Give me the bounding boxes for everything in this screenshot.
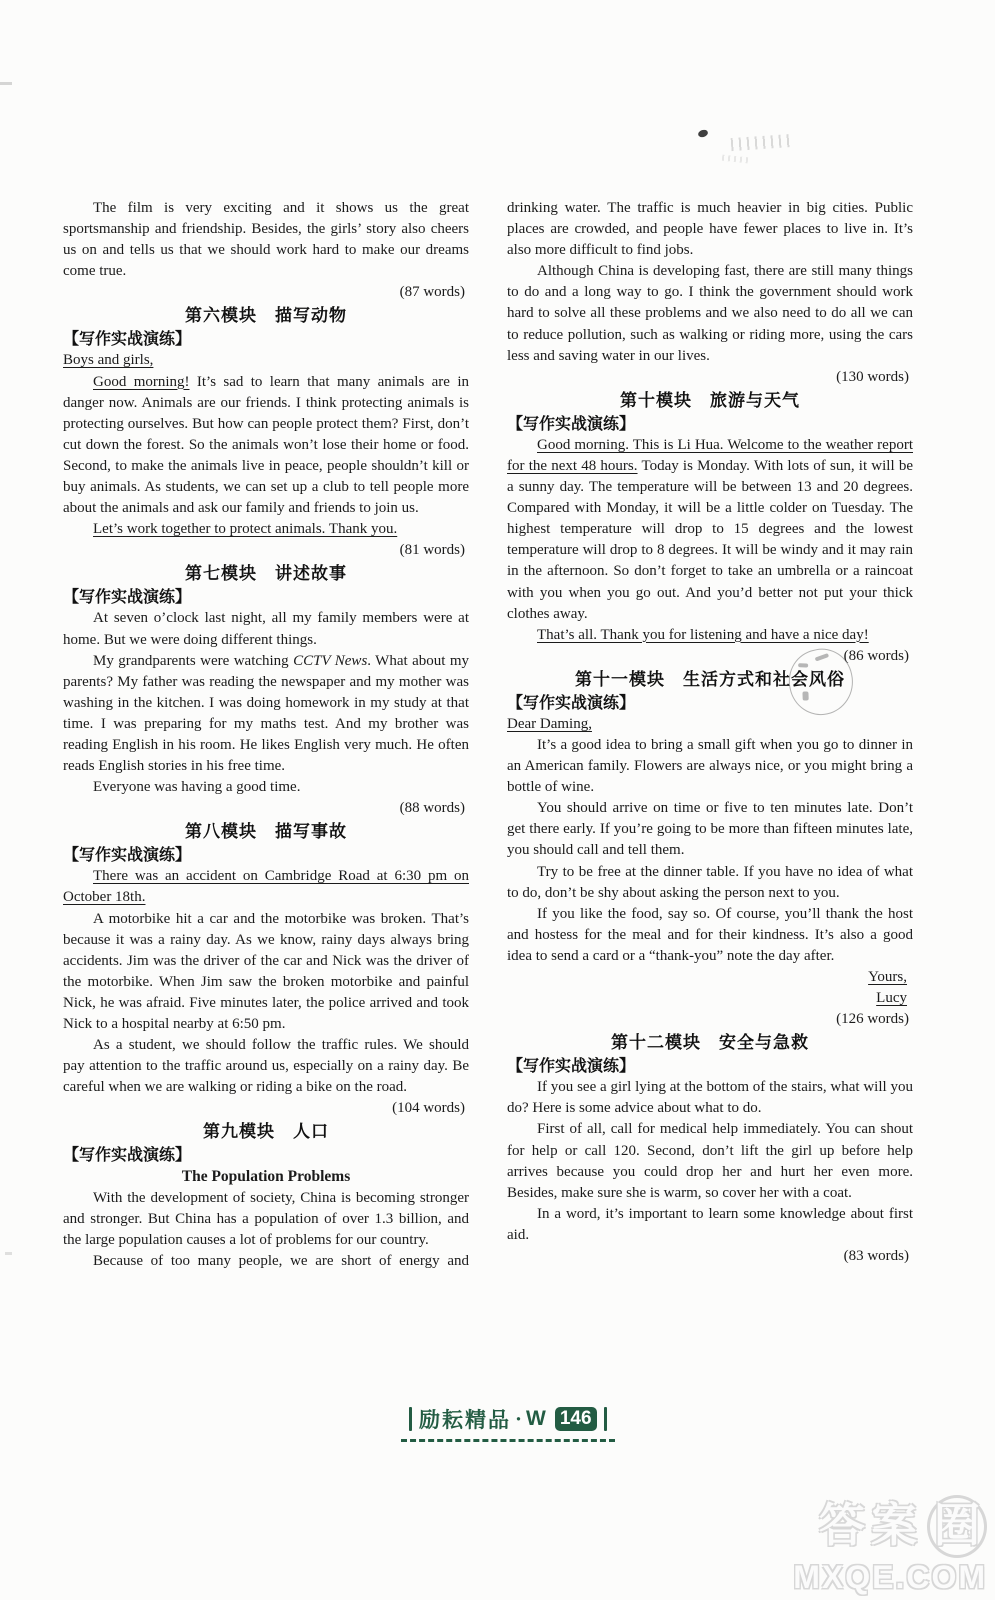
- essay-paragraph: You should arrive on time or five to ten…: [507, 798, 913, 861]
- essay-paragraph: A motorbike hit a car and the motorbike …: [63, 909, 469, 1036]
- essay-paragraph: As a student, we should follow the traff…: [63, 1035, 469, 1098]
- essay-paragraph: In a word, it’s important to learn some …: [507, 1204, 913, 1246]
- text-segment: First of all, call for medical help imme…: [507, 1121, 913, 1200]
- word-count: (88 words): [63, 798, 469, 819]
- scan-pencil-scratch-small: [722, 155, 748, 164]
- word-count: (104 words): [63, 1098, 469, 1119]
- essay-paragraph: Because of too many people, we are short…: [63, 1251, 469, 1272]
- text-segment: Although China is developing fast, there…: [507, 263, 913, 363]
- text-segment: Yours,: [868, 969, 907, 985]
- practice-drill-label: 【写作实战演练】: [63, 329, 469, 350]
- word-count: (83 words): [507, 1246, 913, 1267]
- essay-paragraph: Let’s work together to protect animals. …: [63, 519, 469, 540]
- watermark-site-text: MXQE.COM: [793, 1558, 987, 1596]
- watermark: 答案圈 MXQE.COM: [793, 1495, 987, 1596]
- text-segment: In a word, it’s important to learn some …: [507, 1206, 913, 1243]
- essay-paragraph: If you see a girl lying at the bottom of…: [507, 1077, 913, 1119]
- practice-drill-label: 【写作实战演练】: [63, 1145, 469, 1166]
- watermark-logo-text: 答案圈: [793, 1495, 987, 1558]
- essay-paragraph: That’s all. Thank you for listening and …: [507, 625, 913, 646]
- letter-signoff: Lucy: [507, 988, 913, 1009]
- text-segment: drinking water. The traffic is much heav…: [507, 200, 913, 258]
- text-segment: . What about my parents? My father was r…: [63, 653, 469, 774]
- module-heading: 第十二模块 安全与急救: [507, 1031, 913, 1055]
- footer-brand-text: 励耘精品: [419, 1404, 511, 1434]
- word-count: (81 words): [63, 540, 469, 561]
- letter-salutation: Dear Daming,: [507, 714, 913, 735]
- text-segment: Everyone was having a good time.: [93, 779, 300, 795]
- right-column: drinking water. The traffic is much heav…: [507, 198, 913, 1267]
- essay-title: The Population Problems: [63, 1166, 469, 1187]
- text-segment: A motorbike hit a car and the motorbike …: [63, 911, 469, 1032]
- practice-drill-label: 【写作实战演练】: [507, 1056, 913, 1077]
- footer-separator-dot: ·: [515, 1407, 522, 1432]
- word-count: (130 words): [507, 367, 913, 388]
- module-heading: 第十模块 旅游与天气: [507, 389, 913, 413]
- essay-paragraph: Good morning! It’s sad to learn that man…: [63, 372, 469, 520]
- word-count: (126 words): [507, 1009, 913, 1030]
- text-segment: That’s all. Thank you for listening and …: [537, 627, 869, 643]
- text-segment: The film is very exciting and it shows u…: [63, 200, 469, 279]
- text-segment: Because of too many people, we are short…: [93, 1253, 469, 1269]
- text-segment: If you see a girl lying at the bottom of…: [507, 1079, 913, 1116]
- left-column: The film is very exciting and it shows u…: [63, 198, 469, 1272]
- watermark-circled-char: 圈: [927, 1495, 987, 1558]
- essay-paragraph: The film is very exciting and it shows u…: [63, 198, 469, 282]
- text-segment: At seven o’clock last night, all my fami…: [63, 610, 469, 647]
- essay-paragraph: With the development of society, China i…: [63, 1188, 469, 1251]
- essay-paragraph: Good morning. This is Li Hua. Welcome to…: [507, 435, 913, 625]
- module-heading: 第九模块 人口: [63, 1120, 469, 1144]
- essay-paragraph: drinking water. The traffic is much heav…: [507, 198, 913, 261]
- essay-paragraph: First of all, call for medical help imme…: [507, 1119, 913, 1203]
- text-segment: My grandparents were watching: [93, 653, 293, 669]
- text-segment: It’s sad to learn that many animals are …: [63, 374, 469, 517]
- essay-paragraph: At seven o’clock last night, all my fami…: [63, 608, 469, 650]
- scan-pencil-scratch: [731, 134, 794, 151]
- essay-paragraph: My grandparents were watching CCTV News.…: [63, 651, 469, 778]
- essay-paragraph: If you like the food, say so. Of course,…: [507, 904, 913, 967]
- practice-drill-label: 【写作实战演练】: [507, 693, 913, 714]
- text-segment: CCTV News: [293, 653, 367, 669]
- text-segment: Lucy: [876, 990, 907, 1006]
- watermark-text: 答案: [819, 1499, 923, 1551]
- footer-left-bar: [409, 1407, 412, 1431]
- essay-paragraph: Although China is developing fast, there…: [507, 261, 913, 366]
- module-heading: 第八模块 描写事故: [63, 820, 469, 844]
- module-heading: 第十一模块 生活方式和社会风俗: [507, 668, 913, 692]
- word-count: (86 words): [507, 646, 913, 667]
- practice-drill-label: 【写作实战演练】: [507, 414, 913, 435]
- text-segment: You should arrive on time or five to ten…: [507, 800, 913, 858]
- text-segment: If you like the food, say so. Of course,…: [507, 906, 913, 964]
- letter-signoff: Yours,: [507, 967, 913, 988]
- text-segment: It’s a good idea to bring a small gift w…: [507, 737, 913, 795]
- page-footer-badge: 励耘精品 · W 146: [401, 1402, 615, 1442]
- letter-salutation: Boys and girls,: [63, 350, 469, 371]
- scan-edge-mark-bottom: [5, 1252, 12, 1255]
- scanned-page: The film is very exciting and it shows u…: [0, 0, 995, 1600]
- essay-paragraph: There was an accident on Cambridge Road …: [63, 866, 469, 908]
- footer-series-letter: W: [526, 1407, 548, 1431]
- text-segment: Try to be free at the dinner table. If y…: [507, 864, 913, 901]
- text-segment: With the development of society, China i…: [63, 1190, 469, 1248]
- practice-drill-label: 【写作实战演练】: [63, 587, 469, 608]
- scan-edge-mark-top: [0, 82, 12, 85]
- text-segment: Today is Monday. With lots of sun, it wi…: [507, 458, 913, 622]
- page-number-badge: 146: [555, 1407, 597, 1431]
- essay-paragraph: Try to be free at the dinner table. If y…: [507, 862, 913, 904]
- module-heading: 第六模块 描写动物: [63, 304, 469, 328]
- scan-smudge-dot: [697, 129, 709, 139]
- text-segment: Let’s work together to protect animals. …: [93, 521, 397, 537]
- word-count: (87 words): [63, 282, 469, 303]
- text-segment: There was an accident on Cambridge Road …: [63, 868, 469, 905]
- text-segment: Good morning!: [93, 374, 190, 390]
- essay-paragraph: Everyone was having a good time.: [63, 777, 469, 798]
- text-segment: As a student, we should follow the traff…: [63, 1037, 469, 1095]
- footer-right-bar: [604, 1407, 607, 1431]
- module-heading: 第七模块 讲述故事: [63, 562, 469, 586]
- practice-drill-label: 【写作实战演练】: [63, 845, 469, 866]
- essay-paragraph: It’s a good idea to bring a small gift w…: [507, 735, 913, 798]
